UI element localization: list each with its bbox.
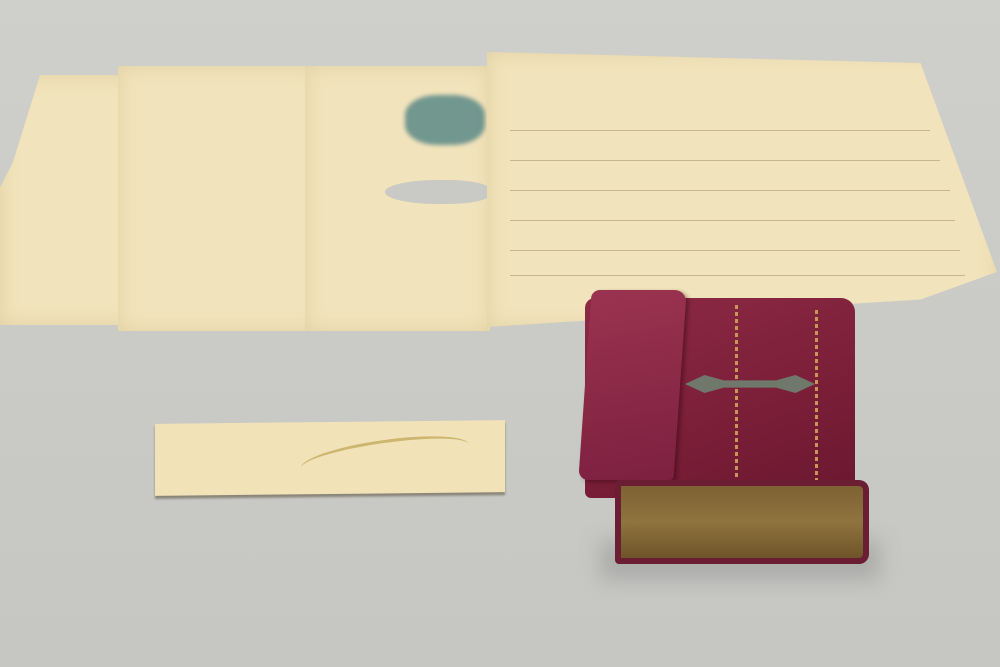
page-edges: [615, 480, 869, 564]
handwriting-line: [510, 220, 955, 221]
book-flap: [578, 290, 686, 480]
ink-stain: [405, 95, 485, 145]
gilt-tooling: [735, 305, 738, 490]
wax-seal-tear: [385, 180, 490, 204]
gilt-tooling: [815, 310, 818, 490]
red-leather-book: [585, 290, 857, 565]
handwriting-line: [510, 250, 960, 251]
handwriting-line: [510, 130, 930, 131]
handwriting-line: [510, 275, 965, 276]
handwriting-line: [510, 190, 950, 191]
handwriting-line: [510, 160, 940, 161]
letter-panel-2: [118, 66, 323, 331]
